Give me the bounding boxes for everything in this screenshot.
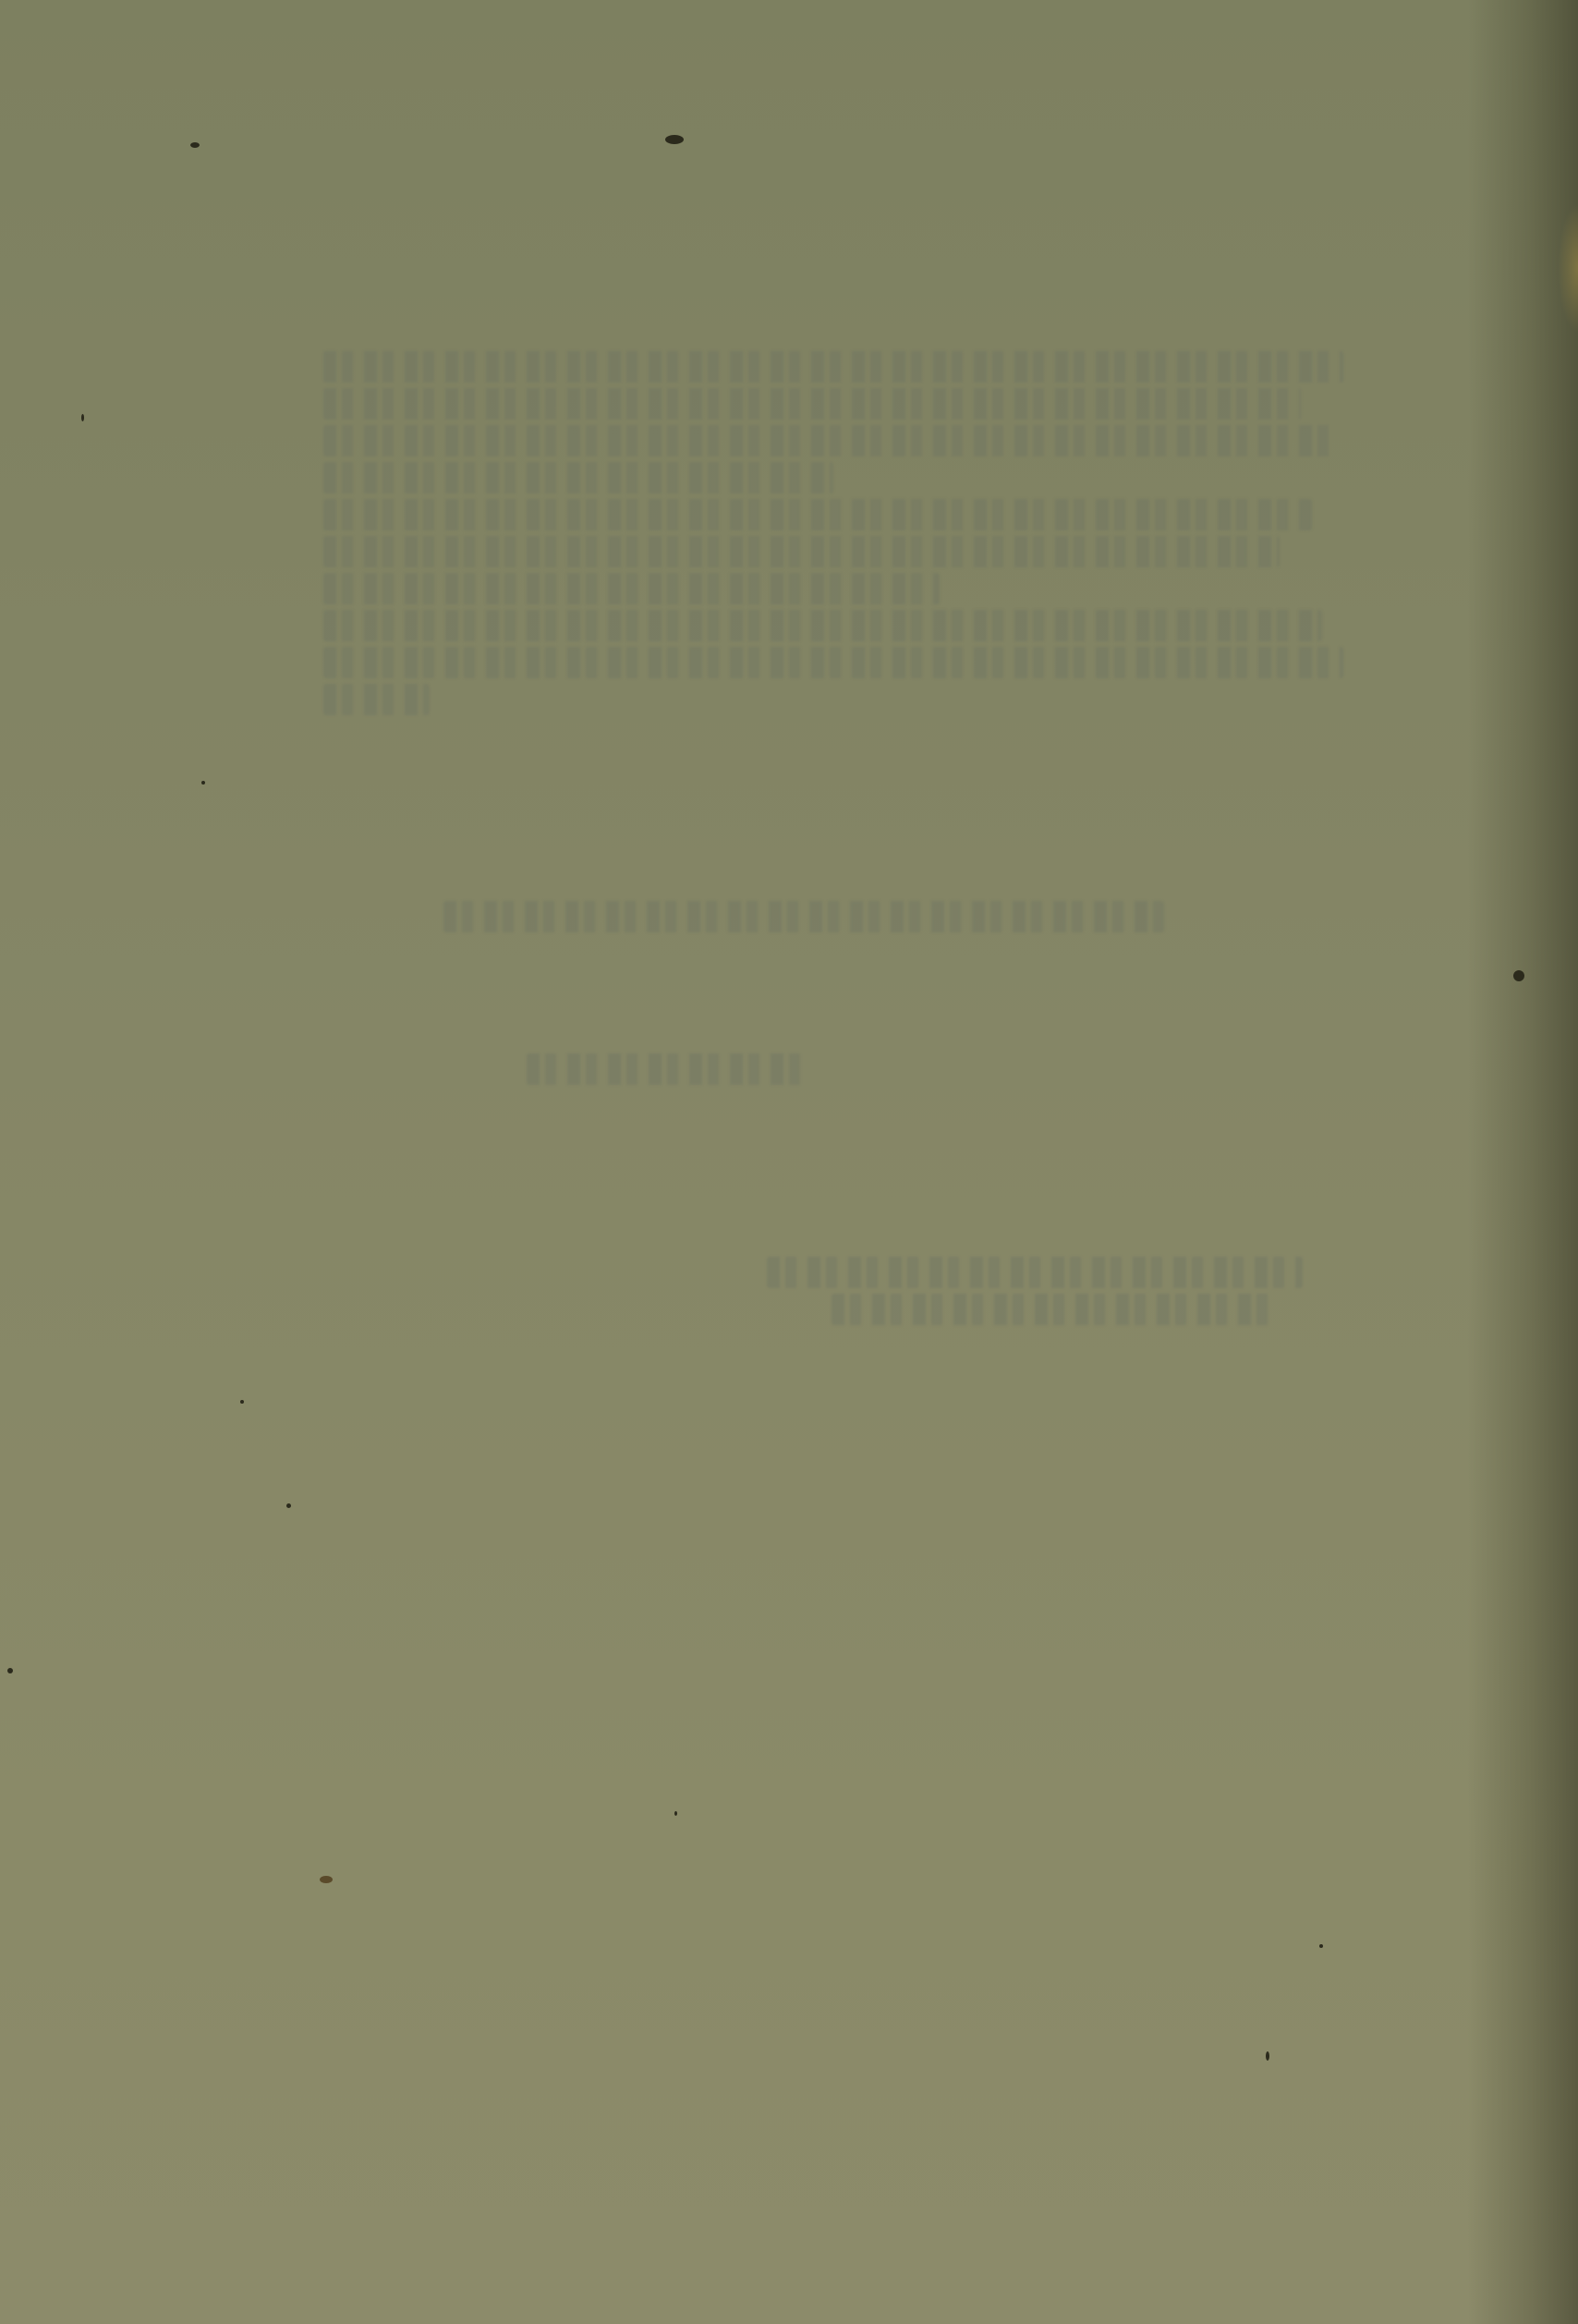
ink-speck [190,142,200,148]
ink-speck [1266,2051,1269,2061]
ghost-line [831,1294,1271,1325]
ghost-line [527,1053,804,1085]
ghost-line [323,573,940,604]
ink-speck [201,781,205,785]
show-through-paragraph: [illegible show-through text] [323,351,1386,721]
ghost-line [323,647,1343,678]
ghost-line [323,684,430,715]
ghost-line [767,1257,1303,1288]
show-through-heading: [illegible show-through text] [527,1053,804,1090]
ghost-line [323,462,833,493]
show-through-date-line: [illegible show-through text] [443,901,1164,938]
ghost-line [323,388,1301,420]
ink-speck [286,1503,291,1508]
ghost-line [323,610,1322,641]
ink-speck [1513,970,1524,981]
ink-speck [665,135,684,144]
ghost-line [323,536,1280,567]
ink-speck [7,1668,13,1673]
ink-speck [674,1811,677,1816]
scanned-page: [illegible show-through text] [illegible… [0,0,1578,2324]
edge-stain [1558,203,1578,333]
show-through-signatures: [illegible show-through text] [767,1257,1303,1331]
ghost-line [443,901,1164,932]
ghost-line [323,351,1343,383]
ink-speck [81,414,84,421]
ink-speck [1319,1944,1323,1948]
ghost-line [323,499,1312,530]
ink-speck [240,1400,244,1404]
ghost-line [323,425,1333,456]
ink-speck [320,1876,333,1883]
